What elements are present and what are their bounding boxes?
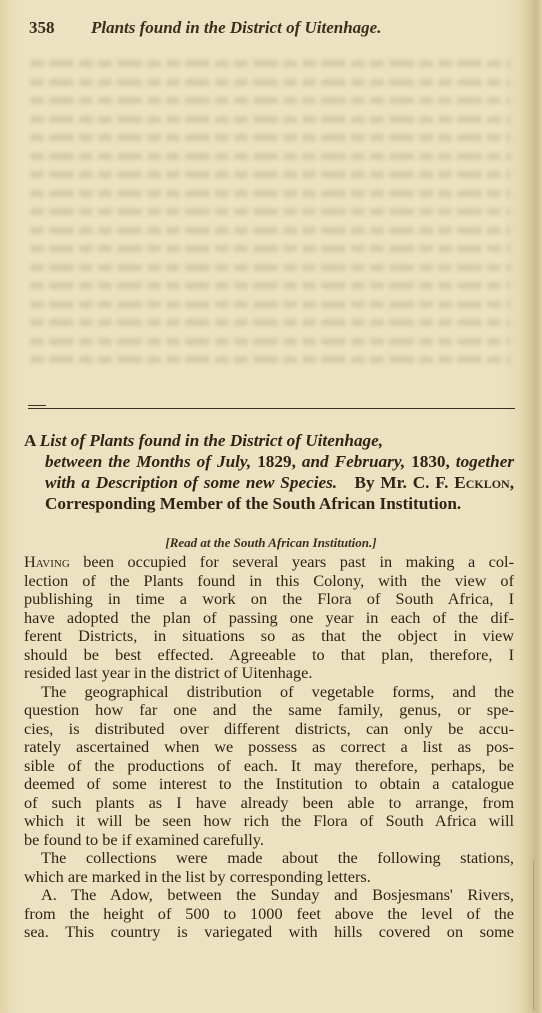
running-header: 358 Plants found in the District of Uite… [29, 18, 509, 42]
body-line: should be best effected. Agreeable to th… [24, 646, 514, 665]
title-line-2b: and February, [302, 452, 405, 471]
running-title: Plants found in the District of Uitenhag… [91, 18, 381, 38]
body-line: sible of the productions of each. It may… [24, 757, 514, 776]
body-line: cies, is distributed over different dist… [24, 720, 514, 739]
page-number: 358 [29, 18, 91, 38]
scanned-page: 358 Plants found in the District of Uite… [0, 0, 542, 1013]
author-affiliation: African Institution. [319, 494, 461, 513]
page-edge-shadow [533, 860, 534, 1010]
section-rule-mark [28, 405, 46, 406]
title-line-1: List of Plants found in the District of … [40, 431, 383, 450]
body-line: which it will be seen how rich the Flora… [24, 812, 514, 831]
body-line: have adopted the plan of passing one yea… [24, 609, 514, 628]
bleed-through-text [30, 60, 510, 400]
body-line: of such plants as I have already been ab… [24, 794, 514, 813]
article-title: A List of Plants found in the District o… [24, 430, 514, 514]
body-line: resided last year in the district of Uit… [24, 664, 514, 683]
body-line: The collections were made about the foll… [24, 849, 514, 868]
body-line: ferent Districts, in situations so as th… [24, 627, 514, 646]
author-name: Ecklon [454, 473, 509, 492]
body-line: The geographical distribution of vegetab… [24, 683, 514, 702]
body-line: lection of the Plants found in this Colo… [24, 572, 514, 591]
body-line: Having been occupied for several years p… [24, 553, 514, 572]
body-line: which are marked in the list by correspo… [24, 868, 514, 887]
title-line-2a: between the Months of July, [45, 452, 251, 471]
title-year-1: 1829, [257, 452, 296, 471]
body-line: question how far one and the same family… [24, 701, 514, 720]
body-line: be found to be if examined carefully. [24, 831, 514, 850]
author-prefix: Mr. C. F. [380, 473, 448, 492]
body-line: publishing in time a work on the Flora o… [24, 590, 514, 609]
body-line: from the height of 500 to 1000 feet abov… [24, 905, 514, 924]
title-by: By [355, 473, 375, 492]
body-line: sea. This country is variegated with hil… [24, 923, 514, 942]
section-divider [28, 408, 515, 409]
title-year-2: 1830, [411, 452, 450, 471]
body-line: A. The Adow, between the Sunday and Bosj… [24, 886, 514, 905]
body-line: rately ascertained when we possess as co… [24, 738, 514, 757]
body-line: deemed of some interest to the Instituti… [24, 775, 514, 794]
title-lead: A [24, 431, 35, 450]
article-body: Having been occupied for several years p… [24, 553, 514, 942]
read-note: [Read at the South African Institution.] [0, 535, 542, 551]
